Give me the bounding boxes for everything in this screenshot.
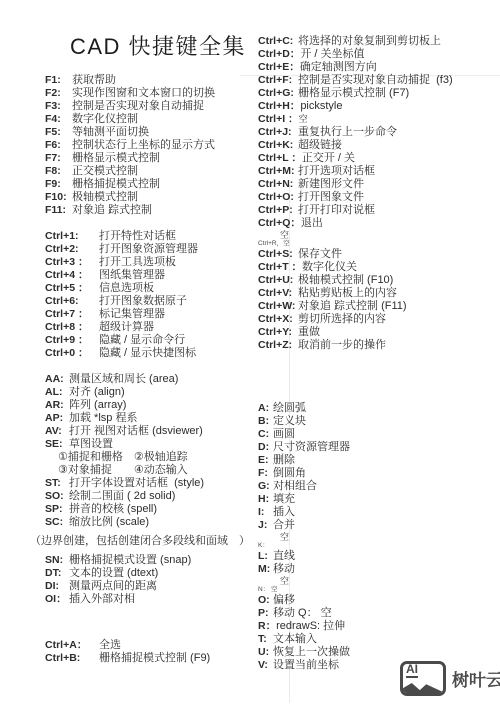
shortcut-desc: 保存文件 bbox=[298, 248, 342, 261]
shortcut-key: B: bbox=[258, 415, 273, 428]
shortcut-line: J:合并 bbox=[258, 519, 500, 532]
shortcut-key: Ctrl+H： bbox=[258, 100, 300, 113]
shortcut-key: Ctrl+1: bbox=[45, 230, 99, 243]
shortcut-key: Ctrl+Y: bbox=[258, 326, 298, 339]
shortcut-desc: 定义块 bbox=[273, 415, 306, 428]
shortcut-desc: 对相组合 bbox=[273, 480, 317, 493]
shortcut-key: Ctrl+L ： bbox=[258, 152, 302, 165]
shortcut-desc: 退出 bbox=[301, 217, 323, 230]
shortcut-line: H:填充 bbox=[258, 493, 500, 506]
shortcut-key: Ctrl+W: bbox=[258, 300, 298, 313]
shortcut-line: Ctrl+H：pickstyle bbox=[258, 100, 500, 113]
shortcut-desc: 全选 bbox=[99, 639, 121, 652]
shortcut-line: Ctrl+Y:重做 bbox=[258, 326, 500, 339]
shortcut-key: F4: bbox=[45, 113, 72, 126]
shortcut-key: AP: bbox=[45, 412, 69, 425]
shortcut-desc: N： 空 bbox=[258, 586, 278, 594]
shortcut-line: Ctrl+P:打开打印对说框 bbox=[258, 204, 500, 217]
shortcut-desc: 数字化仪关 bbox=[302, 261, 357, 274]
shortcut-key: R： bbox=[258, 620, 276, 633]
shortcut-key: T: bbox=[258, 633, 273, 646]
shortcut-desc: 极轴模式控制 bbox=[72, 191, 138, 204]
shortcut-desc: 开 / 关坐标值 bbox=[300, 48, 364, 61]
shortcut-desc: 图纸集管理器 bbox=[99, 269, 165, 282]
shortcut-desc: 超级计算器 bbox=[99, 321, 154, 334]
shortcut-key: SO: bbox=[45, 490, 69, 503]
shortcut-key: Ctrl+E： bbox=[258, 61, 300, 74]
shortcut-key: Ctrl+5 ： bbox=[45, 282, 99, 295]
shortcut-desc: 确定轴测图方向 bbox=[300, 61, 377, 74]
shortcut-key: F3: bbox=[45, 100, 72, 113]
shortcut-desc: 填充 bbox=[273, 493, 295, 506]
shortcut-key: Ctrl+D： bbox=[258, 48, 300, 61]
shortcut-desc: 绘圆弧 bbox=[273, 402, 306, 415]
shortcut-desc: 超级链接 bbox=[298, 139, 342, 152]
shortcut-desc: 空 bbox=[280, 230, 289, 240]
shortcut-line: Ctrl+4 ：图纸集管理器 bbox=[45, 269, 257, 282]
shortcut-desc: 重做 bbox=[298, 326, 320, 339]
shortcut-desc: 移动 Q： 空 bbox=[273, 607, 332, 620]
shortcut-line: Ctrl+3 ：打开工具选项板 bbox=[45, 256, 257, 269]
shortcut-desc: 栅格显示模式控制 bbox=[72, 152, 160, 165]
shortcut-desc: 正交开 / 关 bbox=[302, 152, 355, 165]
shortcut-line: SE:草图设置 bbox=[45, 438, 257, 451]
shortcut-line: SO:绘制二围面 ( 2d solid) bbox=[45, 490, 257, 503]
shortcut-line: AP:加载 *lsp 程系 bbox=[45, 412, 257, 425]
shortcut-line: SC:缩放比例 (scale) bbox=[45, 516, 257, 529]
shortcut-desc: 控制状态行上坐标的显示方式 bbox=[72, 139, 215, 152]
shortcut-line: E:删除 bbox=[258, 454, 500, 467]
shortcut-key: SE: bbox=[45, 438, 69, 451]
shortcut-key: P: bbox=[258, 607, 273, 620]
shortcut-key: F1: bbox=[45, 74, 72, 87]
shortcut-line: F4:数字化仪控制 bbox=[45, 113, 257, 126]
shortcut-desc: 合并 bbox=[273, 519, 295, 532]
shortcut-desc: 绘制二围面 ( 2d solid) bbox=[69, 490, 175, 503]
shortcut-line: DT:文本的设置 (dtext) bbox=[45, 567, 257, 580]
shortcut-line: ST:打开字体设置对话框 (style) bbox=[45, 477, 257, 490]
faded-line: N： 空 bbox=[258, 586, 500, 594]
shortcut-key: Ctrl+B: bbox=[45, 652, 99, 665]
shortcut-desc: redrawS: 拉伸 bbox=[276, 620, 345, 633]
shortcut-desc: 隐藏 / 显示快捷图标 bbox=[99, 347, 196, 360]
shortcut-key: Ctrl+U: bbox=[258, 274, 298, 287]
shortcut-key: F2: bbox=[45, 87, 72, 100]
shortcut-desc: 实现作图窗和文本窗口的切换 bbox=[72, 87, 215, 100]
spacer bbox=[45, 217, 257, 230]
shortcut-desc: 拼音的校核 (spell) bbox=[69, 503, 157, 516]
shortcut-line: Ctrl+7 ：标记集管理器 bbox=[45, 308, 257, 321]
shortcut-line: F1:获取帮助 bbox=[45, 74, 257, 87]
shortcut-key: L: bbox=[258, 550, 273, 563]
shortcut-line: O:偏移 bbox=[258, 594, 500, 607]
shortcut-line: F10:极轴模式控制 bbox=[45, 191, 257, 204]
shortcut-key: SN: bbox=[45, 554, 69, 567]
watermark: AI 树叶云 bbox=[400, 661, 500, 696]
shortcut-line: AA:测量区域和周长 (area) bbox=[45, 373, 257, 386]
shortcut-line: Ctrl+C:将选择的对象复制到剪切板上 bbox=[258, 35, 500, 48]
shortcut-key: F10: bbox=[45, 191, 72, 204]
shortcut-line: Ctrl+Z:取消前一步的操作 bbox=[258, 339, 500, 352]
shortcut-desc: 插入 bbox=[273, 506, 295, 519]
shortcut-desc: 倒圆角 bbox=[273, 467, 306, 480]
shortcut-key: AV: bbox=[45, 425, 69, 438]
shortcut-key: Ctrl+N: bbox=[258, 178, 298, 191]
shortcut-line: Ctrl+5 ：信息选项板 bbox=[45, 282, 257, 295]
shortcut-line: L:直线 bbox=[258, 550, 500, 563]
shortcut-line: A:绘圆弧 bbox=[258, 402, 500, 415]
shortcut-desc: 设置当前坐标 bbox=[273, 659, 339, 672]
shortcut-desc: 阵列 (array) bbox=[69, 399, 126, 412]
spacer bbox=[45, 606, 257, 639]
shortcut-line: Ctrl+V:粘贴剪贴板上的内容 bbox=[258, 287, 500, 300]
shortcut-desc: 栅格捕捉模式设置 (snap) bbox=[69, 554, 191, 567]
shortcut-desc: 打开字体设置对话框 (style) bbox=[69, 477, 204, 490]
shortcut-key: H: bbox=[258, 493, 273, 506]
shortcut-line: F9:栅格捕捉模式控制 bbox=[45, 178, 257, 191]
shortcut-key: F8: bbox=[45, 165, 72, 178]
shortcut-desc: 打开工具选项板 bbox=[99, 256, 176, 269]
shortcut-line: F11:对象追 踪式控制 bbox=[45, 204, 257, 217]
shortcut-key: M: bbox=[258, 563, 273, 576]
shortcut-key: DT: bbox=[45, 567, 69, 580]
shortcut-line: Ctrl+N:新建图形文件 bbox=[258, 178, 500, 191]
shortcut-desc: （边界创建，包括创建闭合多段线和面域 ） bbox=[30, 535, 250, 548]
shortcut-line: B:定义块 bbox=[258, 415, 500, 428]
shortcut-desc: 删除 bbox=[273, 454, 295, 467]
sub-option-line: ①捕捉和栅格 ②极轴追踪 bbox=[58, 451, 257, 464]
sub-option-line: ③对象捕捉 ④动态输入 bbox=[58, 464, 257, 477]
shortcut-desc: 打开特性对话框 bbox=[99, 230, 176, 243]
document-page: CAD 快捷键全集 F1:获取帮助F2:实现作图窗和文本窗口的切换F3:控制是否… bbox=[0, 0, 500, 708]
shortcut-line: F6:控制状态行上坐标的显示方式 bbox=[45, 139, 257, 152]
shortcut-key: F7: bbox=[45, 152, 72, 165]
watermark-brand-text: 树叶云 bbox=[452, 666, 500, 691]
shortcut-desc: 打开图象数据原子 bbox=[99, 295, 187, 308]
shortcut-desc: 文本的设置 (dtext) bbox=[69, 567, 158, 580]
shortcut-line: F7:栅格显示模式控制 bbox=[45, 152, 257, 165]
shortcut-desc: 直线 bbox=[273, 550, 295, 563]
shortcut-line: C:画圆 bbox=[258, 428, 500, 441]
shortcut-line: F5:等轴测平面切换 bbox=[45, 126, 257, 139]
shortcut-desc: 插入外部对相 bbox=[69, 593, 135, 606]
shortcut-desc: 文本输入 bbox=[273, 633, 317, 646]
shortcut-desc: ③对象捕捉 ④动态输入 bbox=[58, 464, 188, 477]
shortcut-key: Ctrl+F: bbox=[258, 74, 298, 87]
shortcut-line: Ctrl+Q：退出 bbox=[258, 217, 500, 230]
shortcut-line: Ctrl+2:打开图象资源管理器 bbox=[45, 243, 257, 256]
shortcut-line: OI：插入外部对相 bbox=[45, 593, 257, 606]
shortcut-desc: 对象追 踪式控制 bbox=[72, 204, 152, 217]
shortcut-line: F3:控制是否实现对象自动捕捉 bbox=[45, 100, 257, 113]
page-title: CAD 快捷键全集 bbox=[70, 30, 246, 61]
shortcut-desc: 打开打印对说框 bbox=[298, 204, 375, 217]
shortcut-line: Ctrl+0 ：隐藏 / 显示快捷图标 bbox=[45, 347, 257, 360]
shortcut-line: Ctrl+B:栅格捕捉模式控制 (F9) bbox=[45, 652, 257, 665]
shortcut-key: E: bbox=[258, 454, 273, 467]
shortcut-key: F6: bbox=[45, 139, 72, 152]
shortcut-line: Ctrl+W:对象追 踪式控制 (F11) bbox=[258, 300, 500, 313]
shortcut-desc: 控制是否实现对象自动捕捉 bbox=[72, 100, 204, 113]
shortcut-column-right: Ctrl+C:将选择的对象复制到剪切板上Ctrl+D：开 / 关坐标值Ctrl+… bbox=[258, 35, 500, 672]
shortcut-key: Ctrl+S: bbox=[258, 248, 298, 261]
shortcut-key: D: bbox=[258, 441, 273, 454]
shortcut-key: Ctrl+P: bbox=[258, 204, 298, 217]
shortcut-desc: ①捕捉和栅格 ②极轴追踪 bbox=[58, 451, 188, 464]
shortcut-line: DI:测量两点间的距离 bbox=[45, 580, 257, 593]
shortcut-key: F5: bbox=[45, 126, 72, 139]
shortcut-line: SN:栅格捕捉模式设置 (snap) bbox=[45, 554, 257, 567]
shortcut-desc: pickstyle bbox=[300, 100, 342, 113]
shortcut-desc: 正交模式控制 bbox=[72, 165, 138, 178]
shortcut-line: I:插入 bbox=[258, 506, 500, 519]
shortcut-desc: 对齐 (align) bbox=[69, 386, 125, 399]
shortcut-desc: 草图设置 bbox=[69, 438, 113, 451]
shortcut-line: Ctrl+6:打开图象数据原子 bbox=[45, 295, 257, 308]
shortcut-key: Ctrl+9 ： bbox=[45, 334, 99, 347]
shortcut-desc: 打开图象资源管理器 bbox=[99, 243, 198, 256]
shortcut-key: Ctrl+M: bbox=[258, 165, 298, 178]
shortcut-desc: 测量区域和周长 (area) bbox=[69, 373, 178, 386]
shortcut-line: Ctrl+G:栅格显示模式控制 (F7) bbox=[258, 87, 500, 100]
shortcut-desc: 等轴测平面切换 bbox=[72, 126, 149, 139]
shortcut-key: Ctrl+X: bbox=[258, 313, 298, 326]
shortcut-key: SC: bbox=[45, 516, 69, 529]
shortcut-desc: 隐藏 / 显示命令行 bbox=[99, 334, 185, 347]
shortcut-key: Ctrl+Z: bbox=[258, 339, 298, 352]
shortcut-line: U:恢复上一次操做 bbox=[258, 646, 500, 659]
shortcut-line: F2:实现作图窗和文本窗口的切换 bbox=[45, 87, 257, 100]
shortcut-desc: 信息选项板 bbox=[99, 282, 154, 295]
shortcut-desc: 栅格显示模式控制 (F7) bbox=[298, 87, 409, 100]
shortcut-key: AR: bbox=[45, 399, 69, 412]
shortcut-key: Ctrl+Q： bbox=[258, 217, 301, 230]
shortcut-line: R：redrawS: 拉伸 bbox=[258, 620, 500, 633]
shortcut-key: Ctrl+0 ： bbox=[45, 347, 99, 360]
shortcut-line: Ctrl+O:打开图象文件 bbox=[258, 191, 500, 204]
shortcut-key: Ctrl+K: bbox=[258, 139, 298, 152]
shortcut-line: Ctrl+M:打开选项对话框 bbox=[258, 165, 500, 178]
shortcut-key: Ctrl+3 ： bbox=[45, 256, 99, 269]
shortcut-key: F11: bbox=[45, 204, 72, 217]
shortcut-line: F:倒圆角 bbox=[258, 467, 500, 480]
shortcut-line: D:尺寸资源管理器 bbox=[258, 441, 500, 454]
shortcut-key: OI： bbox=[45, 593, 69, 606]
shortcut-desc: 剪切所选择的内容 bbox=[298, 313, 386, 326]
faded-line: Ctrl+R，空 bbox=[258, 240, 500, 248]
spacer bbox=[258, 352, 500, 402]
shortcut-desc: 栅格捕捉模式控制 bbox=[72, 178, 160, 191]
shortcut-desc: 粘贴剪贴板上的内容 bbox=[298, 287, 397, 300]
faded-line: 空 bbox=[280, 230, 500, 240]
shortcut-desc: 获取帮助 bbox=[72, 74, 116, 87]
shortcut-line: Ctrl+J:重复执行上一步命令 bbox=[258, 126, 500, 139]
shortcut-key: Ctrl+6: bbox=[45, 295, 99, 308]
shortcut-key: SP: bbox=[45, 503, 69, 516]
faded-line: 空 bbox=[280, 576, 500, 586]
shortcut-line: Ctrl+T ：数字化仪关 bbox=[258, 261, 500, 274]
shortcut-desc: 将选择的对象复制到剪切板上 bbox=[298, 35, 441, 48]
shortcut-desc: 空 bbox=[280, 532, 289, 542]
shortcut-key: A: bbox=[258, 402, 273, 415]
faded-line: 空 bbox=[280, 532, 500, 542]
ai-image-logo-icon: AI bbox=[400, 661, 446, 696]
shortcut-line: Ctrl+S:保存文件 bbox=[258, 248, 500, 261]
shortcut-line: AL:对齐 (align) bbox=[45, 386, 257, 399]
shortcut-line: Ctrl+U:极轴模式控制 (F10) bbox=[258, 274, 500, 287]
shortcut-line: SP:拼音的校核 (spell) bbox=[45, 503, 257, 516]
shortcut-key: O: bbox=[258, 594, 273, 607]
shortcut-desc: 测量两点间的距离 bbox=[69, 580, 157, 593]
shortcut-desc: 画圆 bbox=[273, 428, 295, 441]
shortcut-key: Ctrl+8 ： bbox=[45, 321, 99, 334]
spacer bbox=[45, 360, 257, 373]
shortcut-desc: 移动 bbox=[273, 563, 295, 576]
shortcut-key: Ctrl+I ： bbox=[258, 113, 299, 126]
shortcut-line: Ctrl+D：开 / 关坐标值 bbox=[258, 48, 500, 61]
shortcut-key: Ctrl+O: bbox=[258, 191, 298, 204]
shortcut-key: AL: bbox=[45, 386, 69, 399]
shortcut-line: F8:正交模式控制 bbox=[45, 165, 257, 178]
shortcut-line: Ctrl+X:剪切所选择的内容 bbox=[258, 313, 500, 326]
shortcut-key: Ctrl+J: bbox=[258, 126, 298, 139]
shortcut-desc: 空 bbox=[280, 576, 289, 586]
shortcut-key: ST: bbox=[45, 477, 69, 490]
shortcut-desc: 取消前一步的操作 bbox=[298, 339, 386, 352]
shortcut-desc: 空 bbox=[299, 113, 308, 126]
shortcut-desc: 对象追 踪式控制 (F11) bbox=[298, 300, 407, 313]
shortcut-key: Ctrl+A： bbox=[45, 639, 99, 652]
shortcut-line: Ctrl+L ：正交开 / 关 bbox=[258, 152, 500, 165]
shortcut-key: J: bbox=[258, 519, 273, 532]
shortcut-line: AV:打开 视图对话框 (dsviewer) bbox=[45, 425, 257, 438]
shortcut-line: AR:阵列 (array) bbox=[45, 399, 257, 412]
ai-logo-text: AI bbox=[406, 663, 418, 678]
shortcut-line: G:对相组合 bbox=[258, 480, 500, 493]
shortcut-line: Ctrl+1:打开特性对话框 bbox=[45, 230, 257, 243]
shortcut-key: F9: bbox=[45, 178, 72, 191]
shortcut-key: Ctrl+7 ： bbox=[45, 308, 99, 321]
shortcut-key: V: bbox=[258, 659, 273, 672]
shortcut-desc: 偏移 bbox=[273, 594, 295, 607]
shortcut-key: Ctrl+2: bbox=[45, 243, 99, 256]
shortcut-desc: 重复执行上一步命令 bbox=[298, 126, 397, 139]
shortcut-line: M:移动 bbox=[258, 563, 500, 576]
shortcut-desc: 打开图象文件 bbox=[298, 191, 364, 204]
shortcut-desc: K： bbox=[258, 542, 269, 550]
shortcut-key: Ctrl+C: bbox=[258, 35, 298, 48]
shortcut-key: Ctrl+T ： bbox=[258, 261, 302, 274]
shortcut-key: G: bbox=[258, 480, 273, 493]
shortcut-desc: Ctrl+R，空 bbox=[258, 240, 290, 248]
shortcut-line: Ctrl+9 ：隐藏 / 显示命令行 bbox=[45, 334, 257, 347]
shortcut-column-left: F1:获取帮助F2:实现作图窗和文本窗口的切换F3:控制是否实现对象自动捕捉F4… bbox=[45, 74, 257, 665]
shortcut-key: Ctrl+G: bbox=[258, 87, 298, 100]
shortcut-key: DI: bbox=[45, 580, 69, 593]
shortcut-line: Ctrl+I ：空 bbox=[258, 113, 500, 126]
faded-line: K： bbox=[258, 542, 500, 550]
shortcut-line: Ctrl+K:超级链接 bbox=[258, 139, 500, 152]
shortcut-desc: 栅格捕捉模式控制 (F9) bbox=[99, 652, 210, 665]
shortcut-line: Ctrl+A：全选 bbox=[45, 639, 257, 652]
mountain-icon bbox=[403, 681, 443, 694]
note-line: （边界创建，包括创建闭合多段线和面域 ） bbox=[30, 535, 257, 548]
shortcut-desc: 数字化仪控制 bbox=[72, 113, 138, 126]
shortcut-line: T:文本输入 bbox=[258, 633, 500, 646]
shortcut-key: Ctrl+4 ： bbox=[45, 269, 99, 282]
shortcut-desc: 恢复上一次操做 bbox=[273, 646, 350, 659]
shortcut-desc: 控制是否实现对象自动捕捉 (f3) bbox=[298, 74, 453, 87]
shortcut-desc: 标记集管理器 bbox=[99, 308, 165, 321]
shortcut-desc: 缩放比例 (scale) bbox=[69, 516, 149, 529]
shortcut-key: F: bbox=[258, 467, 273, 480]
shortcut-desc: 极轴模式控制 (F10) bbox=[298, 274, 393, 287]
shortcut-line: Ctrl+E：确定轴测图方向 bbox=[258, 61, 500, 74]
shortcut-line: Ctrl+8 ：超级计算器 bbox=[45, 321, 257, 334]
shortcut-line: P:移动 Q： 空 bbox=[258, 607, 500, 620]
shortcut-desc: 新建图形文件 bbox=[298, 178, 364, 191]
shortcut-key: Ctrl+V: bbox=[258, 287, 298, 300]
shortcut-desc: 加载 *lsp 程系 bbox=[69, 412, 137, 425]
shortcut-desc: 打开选项对话框 bbox=[298, 165, 375, 178]
shortcut-desc: 尺寸资源管理器 bbox=[273, 441, 350, 454]
shortcut-key: C: bbox=[258, 428, 273, 441]
shortcut-key: AA: bbox=[45, 373, 69, 386]
shortcut-desc: 打开 视图对话框 (dsviewer) bbox=[69, 425, 203, 438]
shortcut-line: Ctrl+F:控制是否实现对象自动捕捉 (f3) bbox=[258, 74, 500, 87]
shortcut-key: U: bbox=[258, 646, 273, 659]
shortcut-key: I: bbox=[258, 506, 273, 519]
